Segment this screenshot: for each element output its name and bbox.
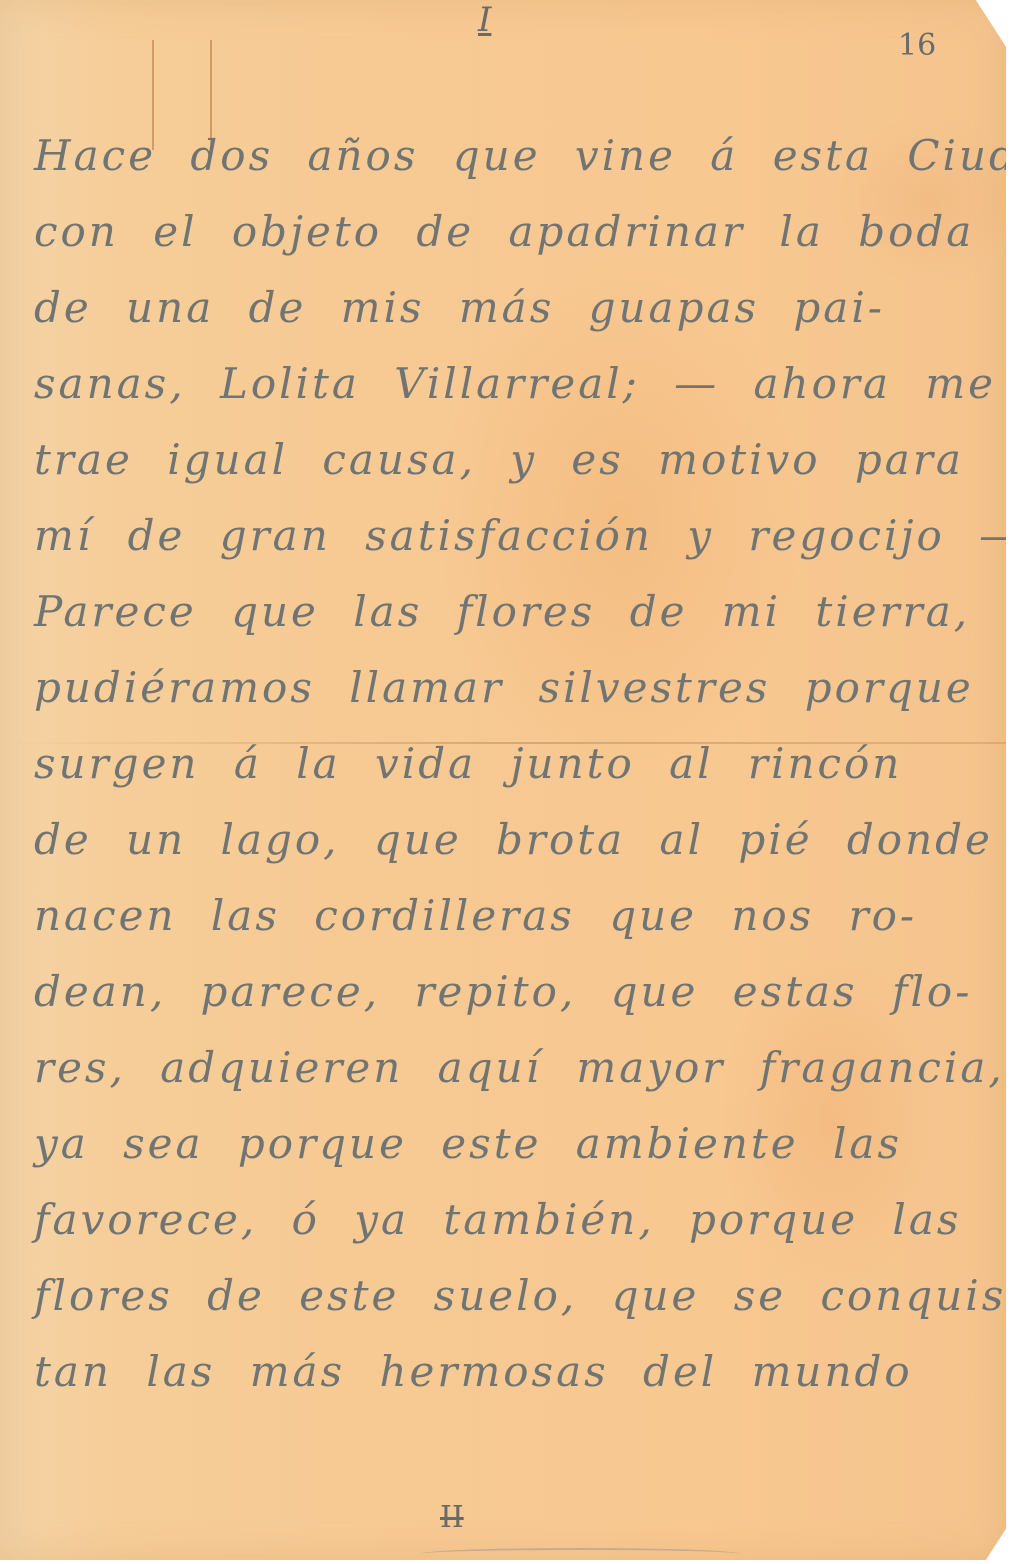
text-line: dean, parece, repito, que estas flo- <box>34 954 984 1030</box>
text-line: pudiéramos llamar silvestres porque <box>34 650 984 726</box>
text-line: sanas, Lolita Villarreal; — ahora me <box>34 346 984 422</box>
text-line: ya sea porque este ambiente las <box>34 1106 984 1182</box>
page-footer-mark: II <box>440 1500 464 1535</box>
text-line: tan las más hermosas del mundo <box>34 1334 984 1410</box>
text-line: mí de gran satisfacción y regocijo — <box>34 498 984 574</box>
manuscript-page: I 16 Hace dos años que vine á esta Ciuda… <box>0 0 1006 1560</box>
torn-edge <box>420 1548 740 1560</box>
text-line: surgen á la vida junto al rincón <box>34 726 984 802</box>
handwritten-text-body: Hace dos años que vine á esta Ciudad con… <box>34 118 984 1410</box>
section-heading-mark: I <box>478 0 491 40</box>
text-line: favorece, ó ya también, porque las <box>34 1182 984 1258</box>
text-line: con el objeto de apadrinar la boda <box>34 194 984 270</box>
text-line: flores de este suelo, que se conquis- <box>34 1258 984 1334</box>
text-line: trae igual causa, y es motivo para <box>34 422 984 498</box>
text-line: nacen las cordilleras que nos ro- <box>34 878 984 954</box>
text-line: res, adquieren aquí mayor fragancia, <box>34 1030 984 1106</box>
page-number: 16 <box>898 28 936 63</box>
text-line: Parece que las flores de mi tierra, que <box>34 574 984 650</box>
text-line: Hace dos años que vine á esta Ciudad <box>34 118 984 194</box>
text-line: de una de mis más guapas pai- <box>34 270 984 346</box>
text-line: de un lago, que brota al pié donde <box>34 802 984 878</box>
